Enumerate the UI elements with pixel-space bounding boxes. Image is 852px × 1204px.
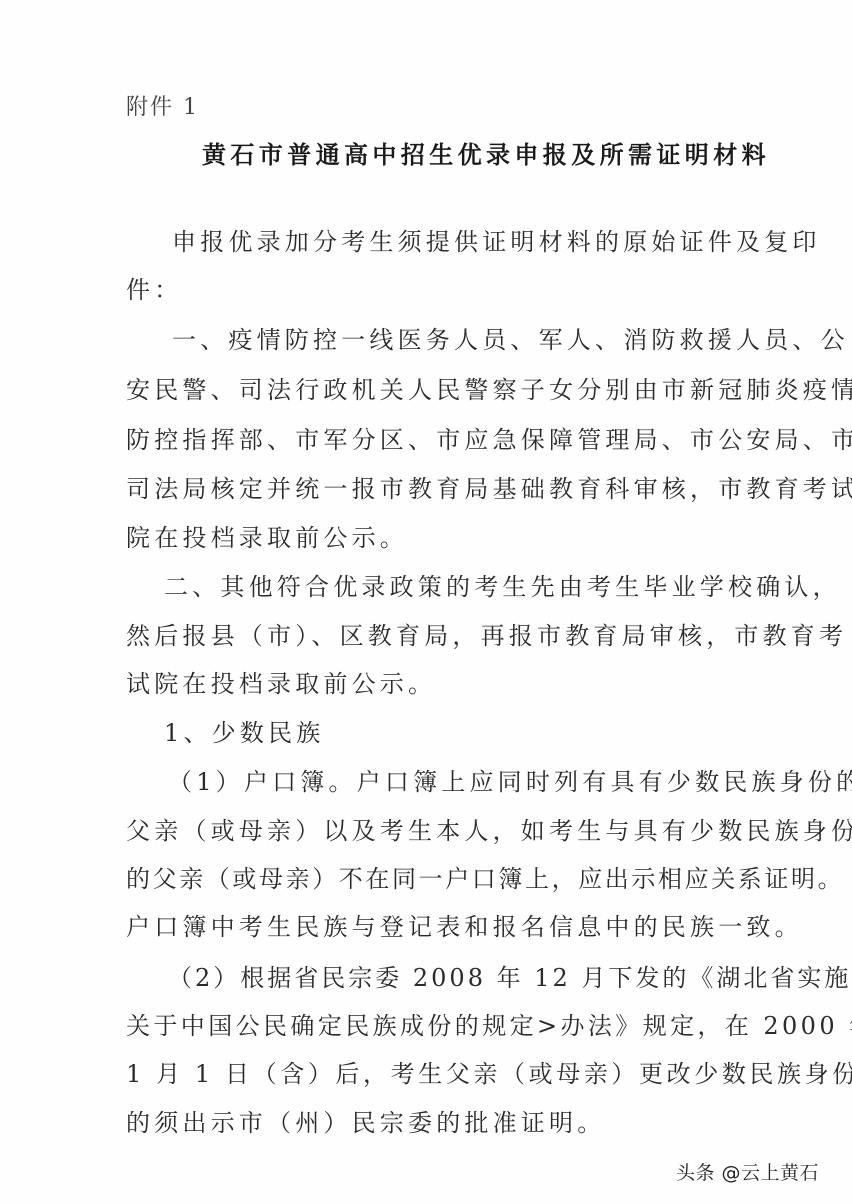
paragraph-line: 的父亲（或母亲）不在同一户口簿上，应出示相应关系证明。 — [126, 864, 844, 894]
attachment-label: 附件 1 — [126, 93, 199, 123]
paragraph-line: 1 月 1 日（含）后，考生父亲（或母亲）更改少数民族身份 — [126, 1059, 852, 1089]
paragraph-line: 试院在投档录取前公示。 — [126, 669, 436, 699]
paragraph-line: 一、疫情防控一线医务人员、军人、消防救援人员、公 — [172, 325, 849, 355]
paragraph-line: （2）根据省民宗委 2008 年 12 月下发的《湖北省实施< — [168, 963, 852, 993]
paragraph-line: 的须出示市（州）民宗委的批准证明。 — [126, 1108, 605, 1138]
paragraph-line: 件： — [126, 275, 182, 305]
document-page: 附件 1 黄石市普通高中招生优录申报及所需证明材料 申报优录加分考生须提供证明材… — [0, 0, 852, 1204]
section-heading: 1、少数民族 — [164, 718, 324, 748]
paragraph-line: 安民警、司法行政机关人民警察子女分别由市新冠肺炎疫情 — [126, 375, 852, 405]
paragraph-line: 司法局核定并统一报市教育局基础教育科审核，市教育考试 — [126, 474, 852, 504]
paragraph-line: 然后报县（市）、区教育局，再报市教育局审核，市教育考 — [126, 621, 847, 651]
paragraph-line: 院在投档录取前公示。 — [126, 523, 408, 553]
paragraph-line: （1）户口簿。户口簿上应同时列有具有少数民族身份的 — [168, 767, 852, 797]
paragraph-line: 关于中国公民确定民族成份的规定>办法》规定，在 2000 年 — [126, 1011, 852, 1041]
watermark: 头条 @云上黄石 — [676, 1158, 819, 1185]
paragraph-line: 父亲（或母亲）以及考生本人，如考生与具有少数民族身份 — [126, 816, 852, 846]
paragraph-line: 防控指挥部、市军分区、市应急保障管理局、市公安局、市 — [126, 425, 852, 455]
paragraph-line: 二、其他符合优录政策的考生先由考生毕业学校确认， — [164, 572, 841, 602]
paragraph-line: 户口簿中考生民族与登记表和报名信息中的民族一致。 — [126, 912, 803, 942]
paragraph-line: 申报优录加分考生须提供证明材料的原始证件及复印 — [172, 227, 821, 257]
document-title: 黄石市普通高中招生优录申报及所需证明材料 — [202, 140, 770, 170]
